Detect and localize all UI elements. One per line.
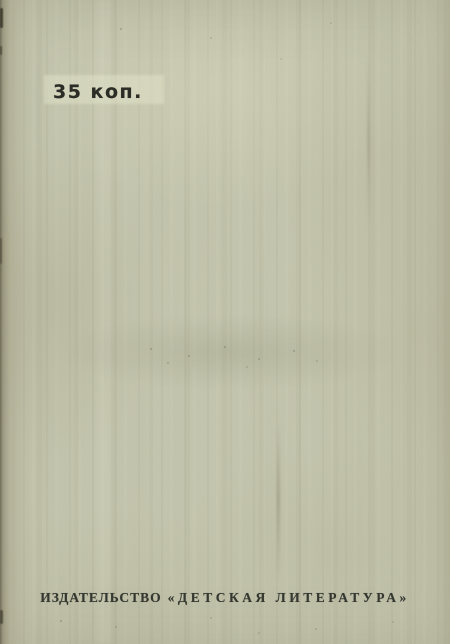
- paper-streak: [277, 420, 280, 580]
- paper-speckles: [120, 28, 122, 30]
- spine-edge-mark: [0, 8, 3, 28]
- publisher-name: ИЗДАТЕЛЬСТВО: [40, 590, 161, 605]
- publisher-imprint: «ДЕТСКАЯ ЛИТЕРАТУРА»: [168, 590, 410, 605]
- paper-speckles: [150, 348, 152, 350]
- book-back-cover: 35 коп. ИЗДАТЕЛЬСТВО«ДЕТСКАЯ ЛИТЕРАТУРА»: [0, 0, 450, 644]
- paper-speckles: [60, 620, 62, 622]
- spine-edge-mark: [0, 46, 2, 55]
- publisher-line: ИЗДАТЕЛЬСТВО«ДЕТСКАЯ ЛИТЕРАТУРА»: [0, 590, 450, 606]
- price-label: 35 коп.: [53, 83, 143, 102]
- spine-edge-mark: [0, 610, 3, 624]
- paper-streak: [367, 55, 370, 225]
- spine-edge-mark: [0, 238, 2, 264]
